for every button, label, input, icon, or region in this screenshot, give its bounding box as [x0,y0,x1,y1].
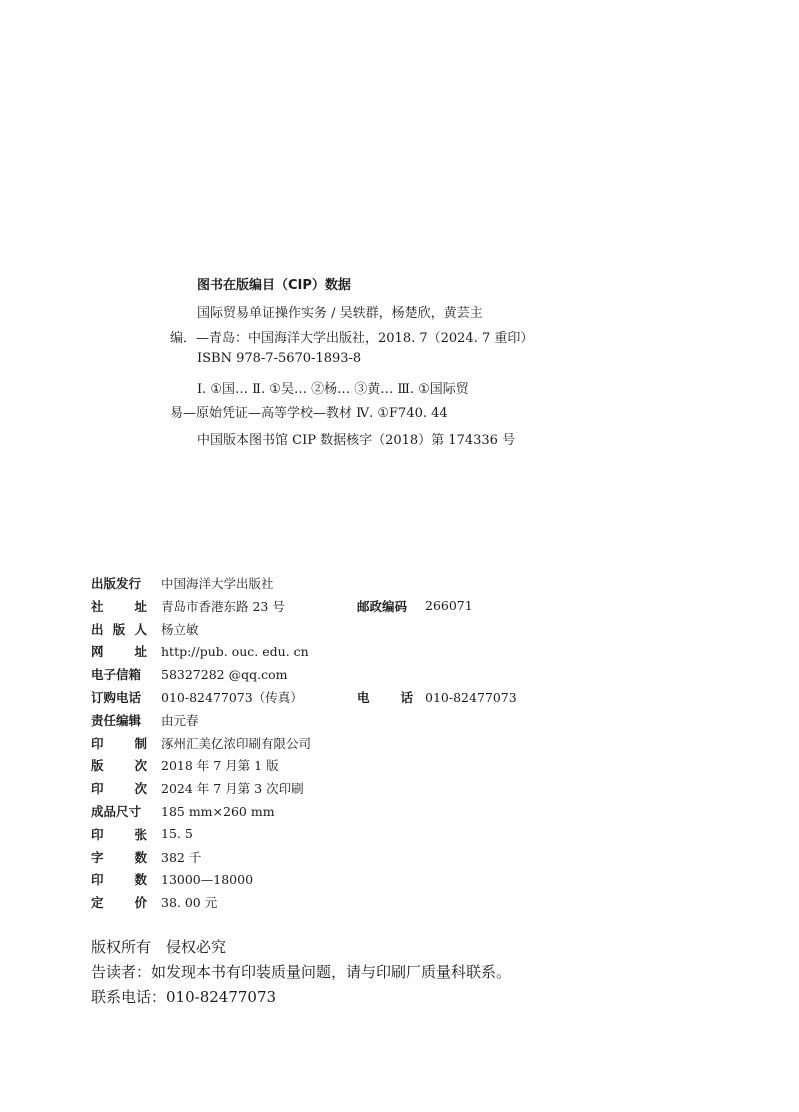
label-part: 价 [134,893,147,911]
imprint-label: 版次 [91,756,147,774]
label-part: 址 [134,597,147,615]
label-part: 人 [134,620,147,638]
imprint-value: 15. 5 [161,826,193,841]
imprint-label: 网址 [91,642,147,660]
label-part: 制 [134,734,147,752]
label-part: 出版发行 [91,574,141,592]
label-part: 版 [91,756,104,774]
imprint-label: 印制 [91,734,147,752]
imprint-label: 订购电话 [91,688,147,706]
imprint-label: 出版人 [91,620,147,638]
label-part: 次 [134,756,147,774]
label-part: 出 [91,620,104,638]
imprint-value: 58327282 @qq.com [161,667,287,682]
label-part: 印 [91,825,104,843]
imprint-label: 定价 [91,893,147,911]
imprint-row: 出版人杨立敏 [91,619,199,639]
label-part: 邮政编码 [357,597,407,615]
reader-notice: 告读者：如发现本书有印装质量问题，请与印刷厂质量科联系。 [91,961,511,982]
label-part: 印 [91,870,104,888]
label-part: 印 [91,734,104,752]
imprint-row: 定价38. 00 元 [91,892,217,912]
imprint-row: 版次2018 年 7 月第 1 版 [91,755,279,775]
imprint-row: 字数382 千 [91,847,201,867]
imprint-row: 成品尺寸185 mm×260 mm [91,801,275,821]
imprint-row: 印次2024 年 7 月第 3 次印刷 [91,778,304,798]
imprint-row: 印张15. 5 [91,824,193,844]
label-part: 次 [134,779,147,797]
imprint-row: 订购电话010-82477073（传真） [91,687,303,707]
imprint-label: 责任编辑 [91,711,147,729]
imprint-right-label: 邮政编码 [357,597,413,615]
cip-line: 国际贸易单证操作实务 / 吴轶群，杨楚欣，黄芸主 [197,302,483,321]
label-part: 版 [113,620,126,638]
label-part: 址 [134,642,147,660]
imprint-label: 字数 [91,848,147,866]
label-part: 数 [134,870,147,888]
imprint-row: 电子信箱58327282 @qq.com [91,664,287,684]
label-part: 数 [134,848,147,866]
imprint-right-value: 010-82477073 [425,690,517,705]
imprint-row: 印制涿州汇美亿浓印刷有限公司 [91,733,311,753]
label-part: 责任编辑 [91,711,141,729]
cip-isbn: ISBN 978-7-5670-1893-8 [197,351,361,366]
imprint-row: 印数13000—18000 [91,869,253,889]
imprint-value: 13000—18000 [161,872,253,887]
label-part: 网 [91,642,104,660]
label-part: 印 [91,779,104,797]
imprint-value: 185 mm×260 mm [161,804,275,819]
label-part: 字 [91,848,104,866]
imprint-value: 2024 年 7 月第 3 次印刷 [161,779,304,797]
label-part: 话 [400,688,413,706]
cip-line: 易—原始凭证—高等学校—教材 Ⅳ. ①F740. 44 [170,402,448,421]
imprint-value: 38. 00 元 [161,893,217,911]
imprint-label: 出版发行 [91,574,147,592]
label-part: 张 [134,825,147,843]
imprint-value: 涿州汇美亿浓印刷有限公司 [161,734,311,752]
cip-title: 图书在版编目（CIP）数据 [197,274,351,293]
label-part: 电子信箱 [91,665,141,683]
imprint-row: 网址http://pub. ouc. edu. cn [91,641,309,661]
imprint-row: 出版发行中国海洋大学出版社 [91,573,274,593]
imprint-right-value: 266071 [425,598,473,613]
copyright-notice: 版权所有 侵权必究 [91,936,226,957]
imprint-value: http://pub. ouc. edu. cn [161,644,309,659]
imprint-label: 社址 [91,597,147,615]
imprint-value: 由元春 [161,711,199,729]
imprint-row: 责任编辑由元春 [91,710,199,730]
imprint-label: 印次 [91,779,147,797]
label-part: 订购电话 [91,688,141,706]
imprint-right-field: 电话010-82477073 [357,687,517,707]
imprint-row: 社址青岛市香港东路 23 号 [91,596,285,616]
label-part: 成品尺寸 [91,802,141,820]
imprint-label: 电子信箱 [91,665,147,683]
label-part: 电 [357,688,370,706]
imprint-value: 杨立敏 [161,620,199,638]
cip-line: 编．—青岛：中国海洋大学出版社，2018. 7（2024. 7 重印） [170,327,533,346]
imprint-value: 382 千 [161,848,201,866]
imprint-right-label: 电话 [357,688,413,706]
imprint-label: 印张 [91,825,147,843]
label-part: 社 [91,597,104,615]
imprint-value: 中国海洋大学出版社 [161,574,274,592]
contact-phone: 联系电话：010-82477073 [91,986,276,1007]
imprint-value: 010-82477073（传真） [161,688,303,706]
label-part: 定 [91,893,104,911]
cip-line: Ⅰ. ①国… Ⅱ. ①吴… ②杨… ③黄… Ⅲ. ①国际贸 [197,378,469,397]
imprint-label: 印数 [91,870,147,888]
imprint-label: 成品尺寸 [91,802,147,820]
imprint-value: 2018 年 7 月第 1 版 [161,756,279,774]
cip-number: 中国版本图书馆 CIP 数据核字（2018）第 174336 号 [197,429,515,448]
imprint-value: 青岛市香港东路 23 号 [161,597,285,615]
imprint-right-field: 邮政编码266071 [357,596,473,616]
